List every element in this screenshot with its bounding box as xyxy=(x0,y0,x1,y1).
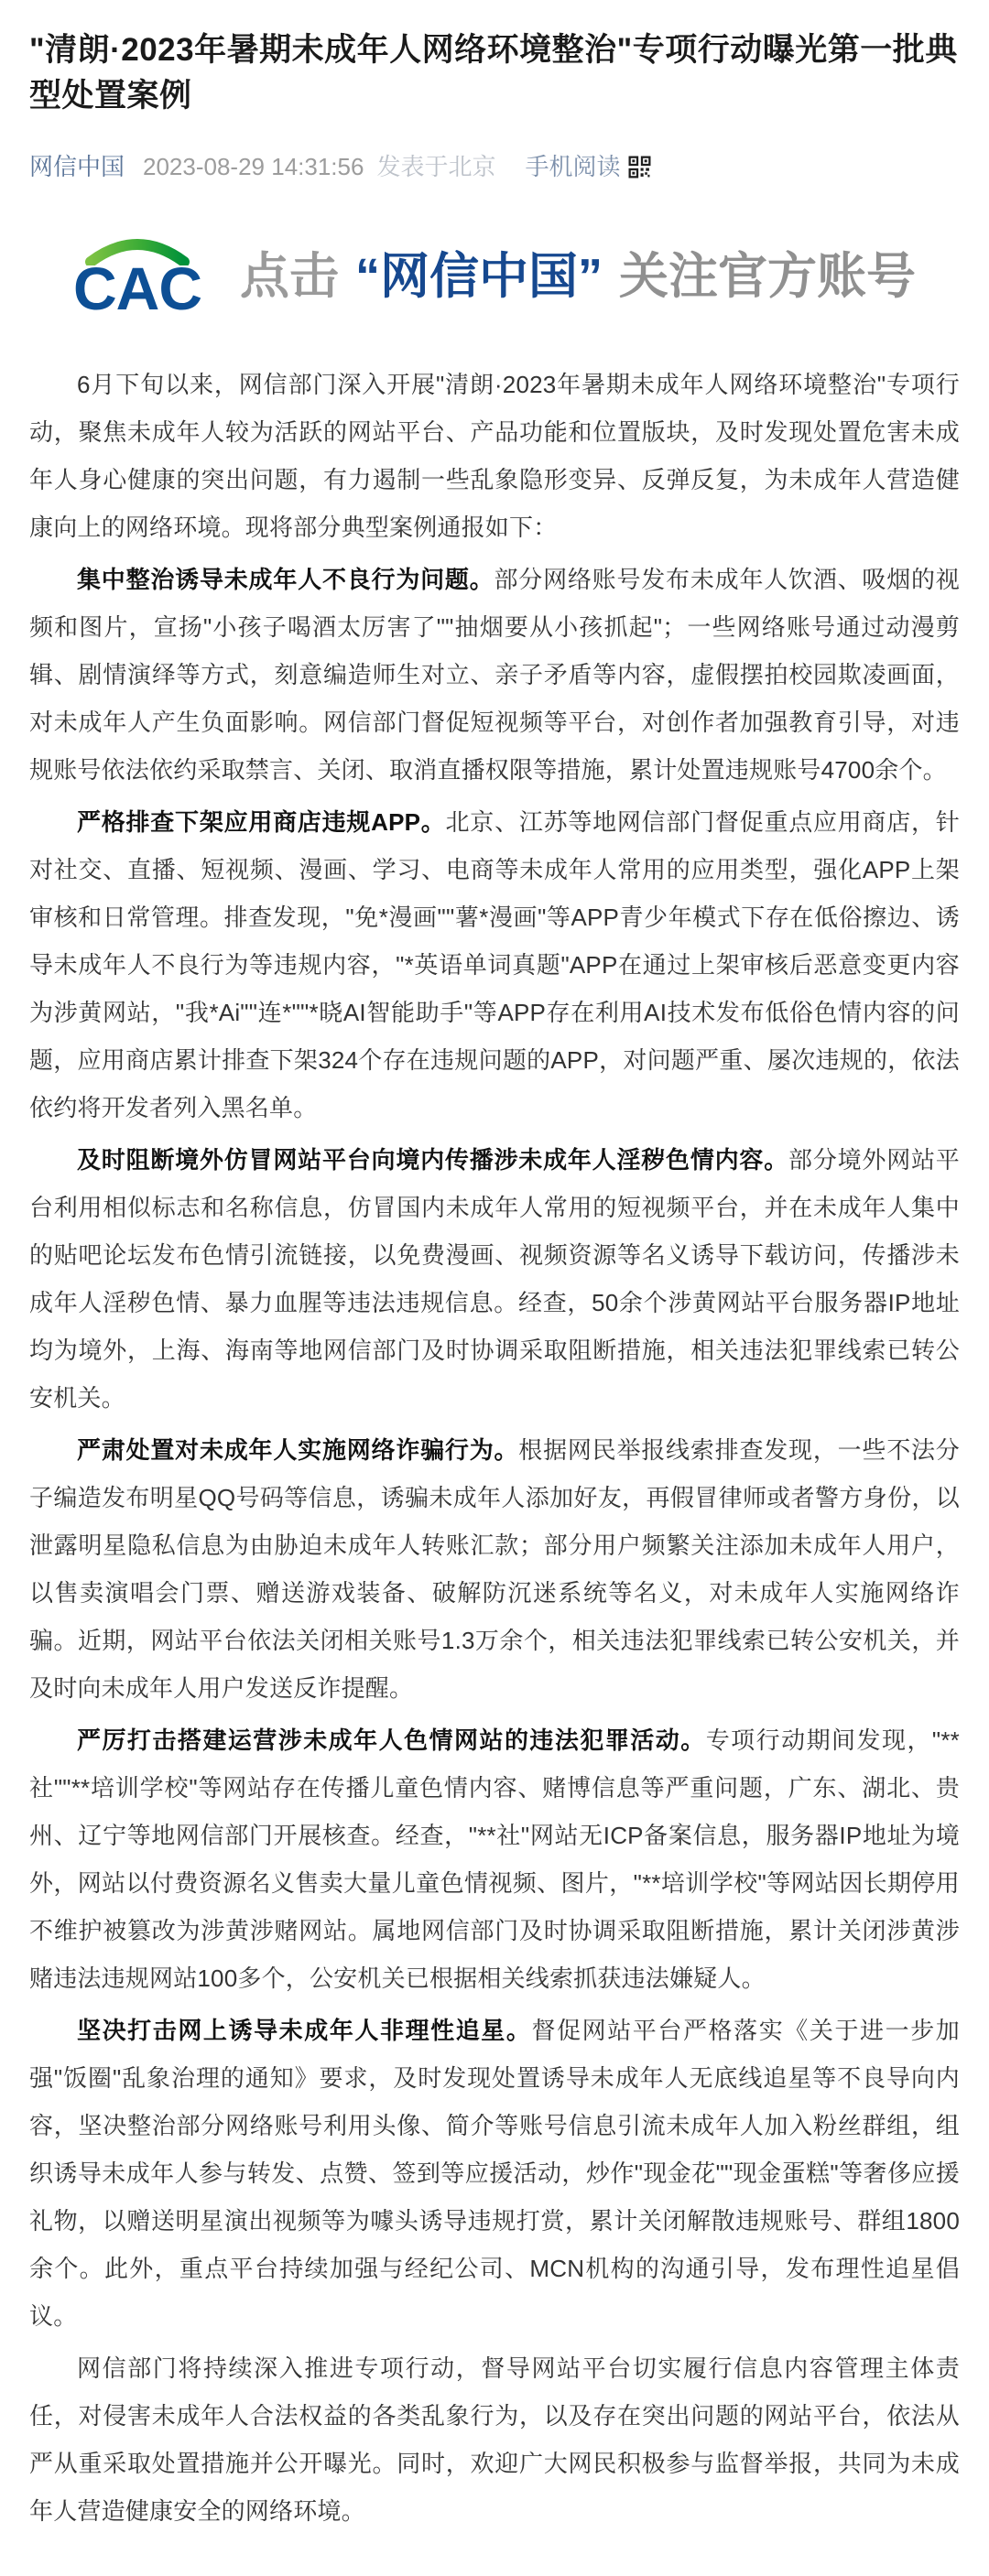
banner-follow-label: 关注官方账号 xyxy=(619,249,916,304)
article-paragraph-2: 集中整治诱导未成年人不良行为问题。部分网络账号发布未成年人饮酒、吸烟的视频和图片… xyxy=(29,556,960,794)
cac-logo-text: CAC xyxy=(73,258,201,319)
publish-datetime: 2023-08-29 14:31:56 xyxy=(143,152,364,181)
article-title: "清朗·2023年暑期未成年人网络环境整治"专项行动曝光第一批典型处置案例 xyxy=(29,27,960,119)
paragraph-text: 网信部门将持续深入推进专项行动，督导网站平台切实履行信息内容管理主体责任，对侵害… xyxy=(29,2354,960,2525)
article-paragraph-5: 严肃处置对未成年人实施网络诈骗行为。根据网民举报线索排查发现，一些不法分子编造发… xyxy=(29,1426,960,1712)
article-page: "清朗·2023年暑期未成年人网络环境整治"专项行动曝光第一批典型处置案例 网信… xyxy=(0,0,989,2576)
article-paragraph-4: 及时阻断境外仿冒网站平台向境内传播涉未成年人淫秽色情内容。部分境外网站平台利用相… xyxy=(29,1136,960,1422)
banner-account-name: “网信中国” xyxy=(355,249,603,304)
banner-click-label: 点击 xyxy=(240,249,339,304)
paragraph-text: 督促网站平台严格落实《关于进一步加强"饭圈"乱象治理的通知》要求，及时发现处置诱… xyxy=(29,2017,960,2330)
article-paragraph-7: 坚决打击网上诱导未成年人非理性追星。督促网站平台严格落实《关于进一步加强"饭圈"… xyxy=(29,2007,960,2340)
article-paragraph-8: 网信部门将持续深入推进专项行动，督导网站平台切实履行信息内容管理主体责任，对侵害… xyxy=(29,2344,960,2535)
article-body: 6月下旬以来，网信部门深入开展"清朗·2023年暑期未成年人网络环境整治"专项行… xyxy=(29,361,960,2535)
banner-text: 点击“网信中国”关注官方账号 xyxy=(240,249,916,304)
paragraph-lead: 集中整治诱导未成年人不良行为问题。 xyxy=(77,566,494,593)
article-paragraph-3: 严格排查下架应用商店违规APP。北京、江苏等地网信部门督促重点应用商店，针对社交… xyxy=(29,798,960,1131)
paragraph-lead: 严厉打击搭建运营涉未成年人色情网站的违法犯罪活动。 xyxy=(77,1726,706,1754)
paragraph-lead: 坚决打击网上诱导未成年人非理性追星。 xyxy=(77,2017,531,2044)
paragraph-text: 北京、江苏等地网信部门督促重点应用商店，针对社交、直播、短视频、漫画、学习、电商… xyxy=(29,808,960,1121)
article-paragraph-6: 严厉打击搭建运营涉未成年人色情网站的违法犯罪活动。专项行动期间发现，"**社""… xyxy=(29,1716,960,2002)
green-arc-icon xyxy=(83,234,191,265)
follow-banner[interactable]: CAC 点击“网信中国”关注官方账号 xyxy=(29,223,960,330)
paragraph-lead: 严肃处置对未成年人实施网络诈骗行为。 xyxy=(77,1436,518,1464)
mobile-read-link[interactable]: 手机阅读 xyxy=(525,152,620,181)
cac-logo: CAC xyxy=(73,234,201,319)
paragraph-text: 6月下旬以来，网信部门深入开展"清朗·2023年暑期未成年人网络环境整治"专项行… xyxy=(29,371,960,541)
paragraph-lead: 严格排查下架应用商店违规APP。 xyxy=(77,808,446,836)
paragraph-text: 部分境外网站平台利用相似标志和名称信息，仿冒国内未成年人常用的短视频平台，并在未… xyxy=(29,1146,960,1412)
paragraph-text: 专项行动期间发现，"**社""**培训学校"等网站存在传播儿童色情内容、赌博信息… xyxy=(29,1726,960,1992)
account-link[interactable]: 网信中国 xyxy=(29,152,125,181)
paragraph-text: 根据网民举报线索排查发现，一些不法分子编造发布明星QQ号码等信息，诱骗未成年人添… xyxy=(29,1436,960,1702)
paragraph-lead: 及时阻断境外仿冒网站平台向境内传播涉未成年人淫秽色情内容。 xyxy=(77,1146,788,1174)
article-paragraph-1: 6月下旬以来，网信部门深入开展"清朗·2023年暑期未成年人网络环境整治"专项行… xyxy=(29,361,960,551)
mobile-read-label: 手机阅读 xyxy=(525,152,620,181)
paragraph-text: 部分网络账号发布未成年人饮酒、吸烟的视频和图片，宣扬"小孩子喝酒太厉害了""抽烟… xyxy=(29,566,960,784)
qr-code-icon[interactable] xyxy=(628,156,651,179)
publish-location: 发表于北京 xyxy=(376,152,495,181)
byline: 网信中国 2023-08-29 14:31:56 发表于北京 手机阅读 xyxy=(29,152,960,181)
